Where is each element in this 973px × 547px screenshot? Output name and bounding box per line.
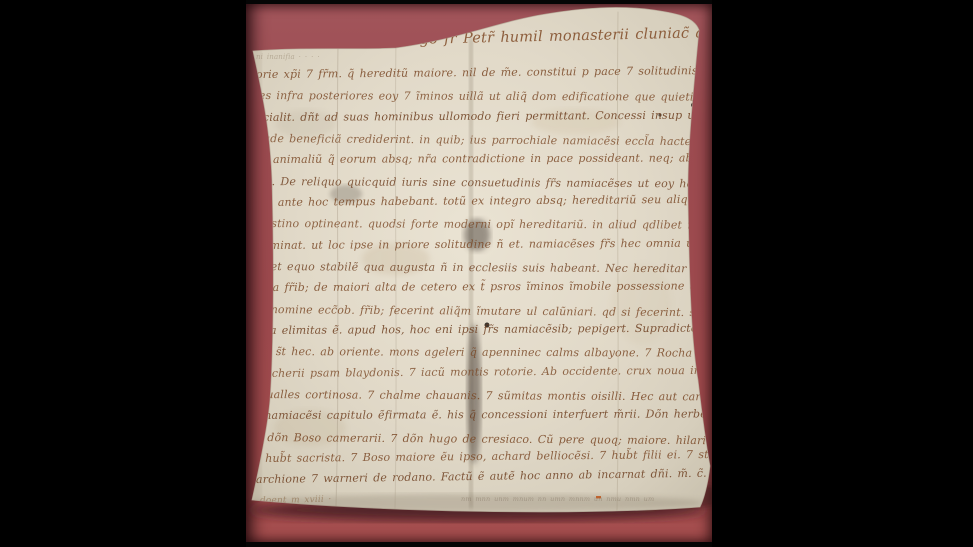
manuscript-line: usta fr̃ib; de maiori alta de cetero ex … [255,278,712,294]
manuscript-photo: ni inanifia · · · · Ego fr̃ Petr̃ humil … [246,4,712,542]
manuscript-line: licet equo stabilẽ qua augusta ñ in eccl… [257,260,687,275]
letterbox-left-bar [0,0,246,547]
manuscript-line: terminat. ut loc ipse in priore solitudi… [253,236,712,252]
letterbox-right-bar [712,0,973,547]
manuscript-top-fragment: ni inanifia · · · · [256,53,320,61]
manuscript-text: ni inanifia · · · · Ego fr̃ Petr̃ humil … [252,22,712,506]
manuscript-line: pristino optineant. quodsi forte moderni… [255,217,712,232]
parchment-graphic: ni inanifia · · · · Ego fr̃ Petr̃ humil … [246,4,712,542]
manuscript-line: nia s̃t hec. ab oriente. mons ageleri q̃… [253,345,712,360]
manuscript-line: q̃ ualles cortinosa. 7 chalme chauanis. … [254,388,712,403]
manuscript-line: ficialit. dñt ad suas hominibus ullomodo… [254,108,712,124]
manuscript-line: lata elimitas ẽ. apud hos, hoc eni ipsi … [255,321,712,337]
letterboxed-photo-stage: ni inanifia · · · · Ego fr̃ Petr̃ humil … [0,0,973,547]
manuscript-endorsement-line: nm mnn unm mnum nn umn mnnm un nmu nmn u… [461,495,654,503]
manuscript-line: ses infra posteriores eoy 7 ĩminos uillã… [253,89,712,104]
manuscript-line: lañ. De reliquo quicquid iuris sine cons… [254,174,712,191]
manuscript-line: ut animaliũ q̃ eorum absq; nr̃a contradi… [256,151,712,166]
manuscript-line: 7 namiacẽsi capitulo ẽfirmata ẽ. his q̃ … [252,407,712,422]
